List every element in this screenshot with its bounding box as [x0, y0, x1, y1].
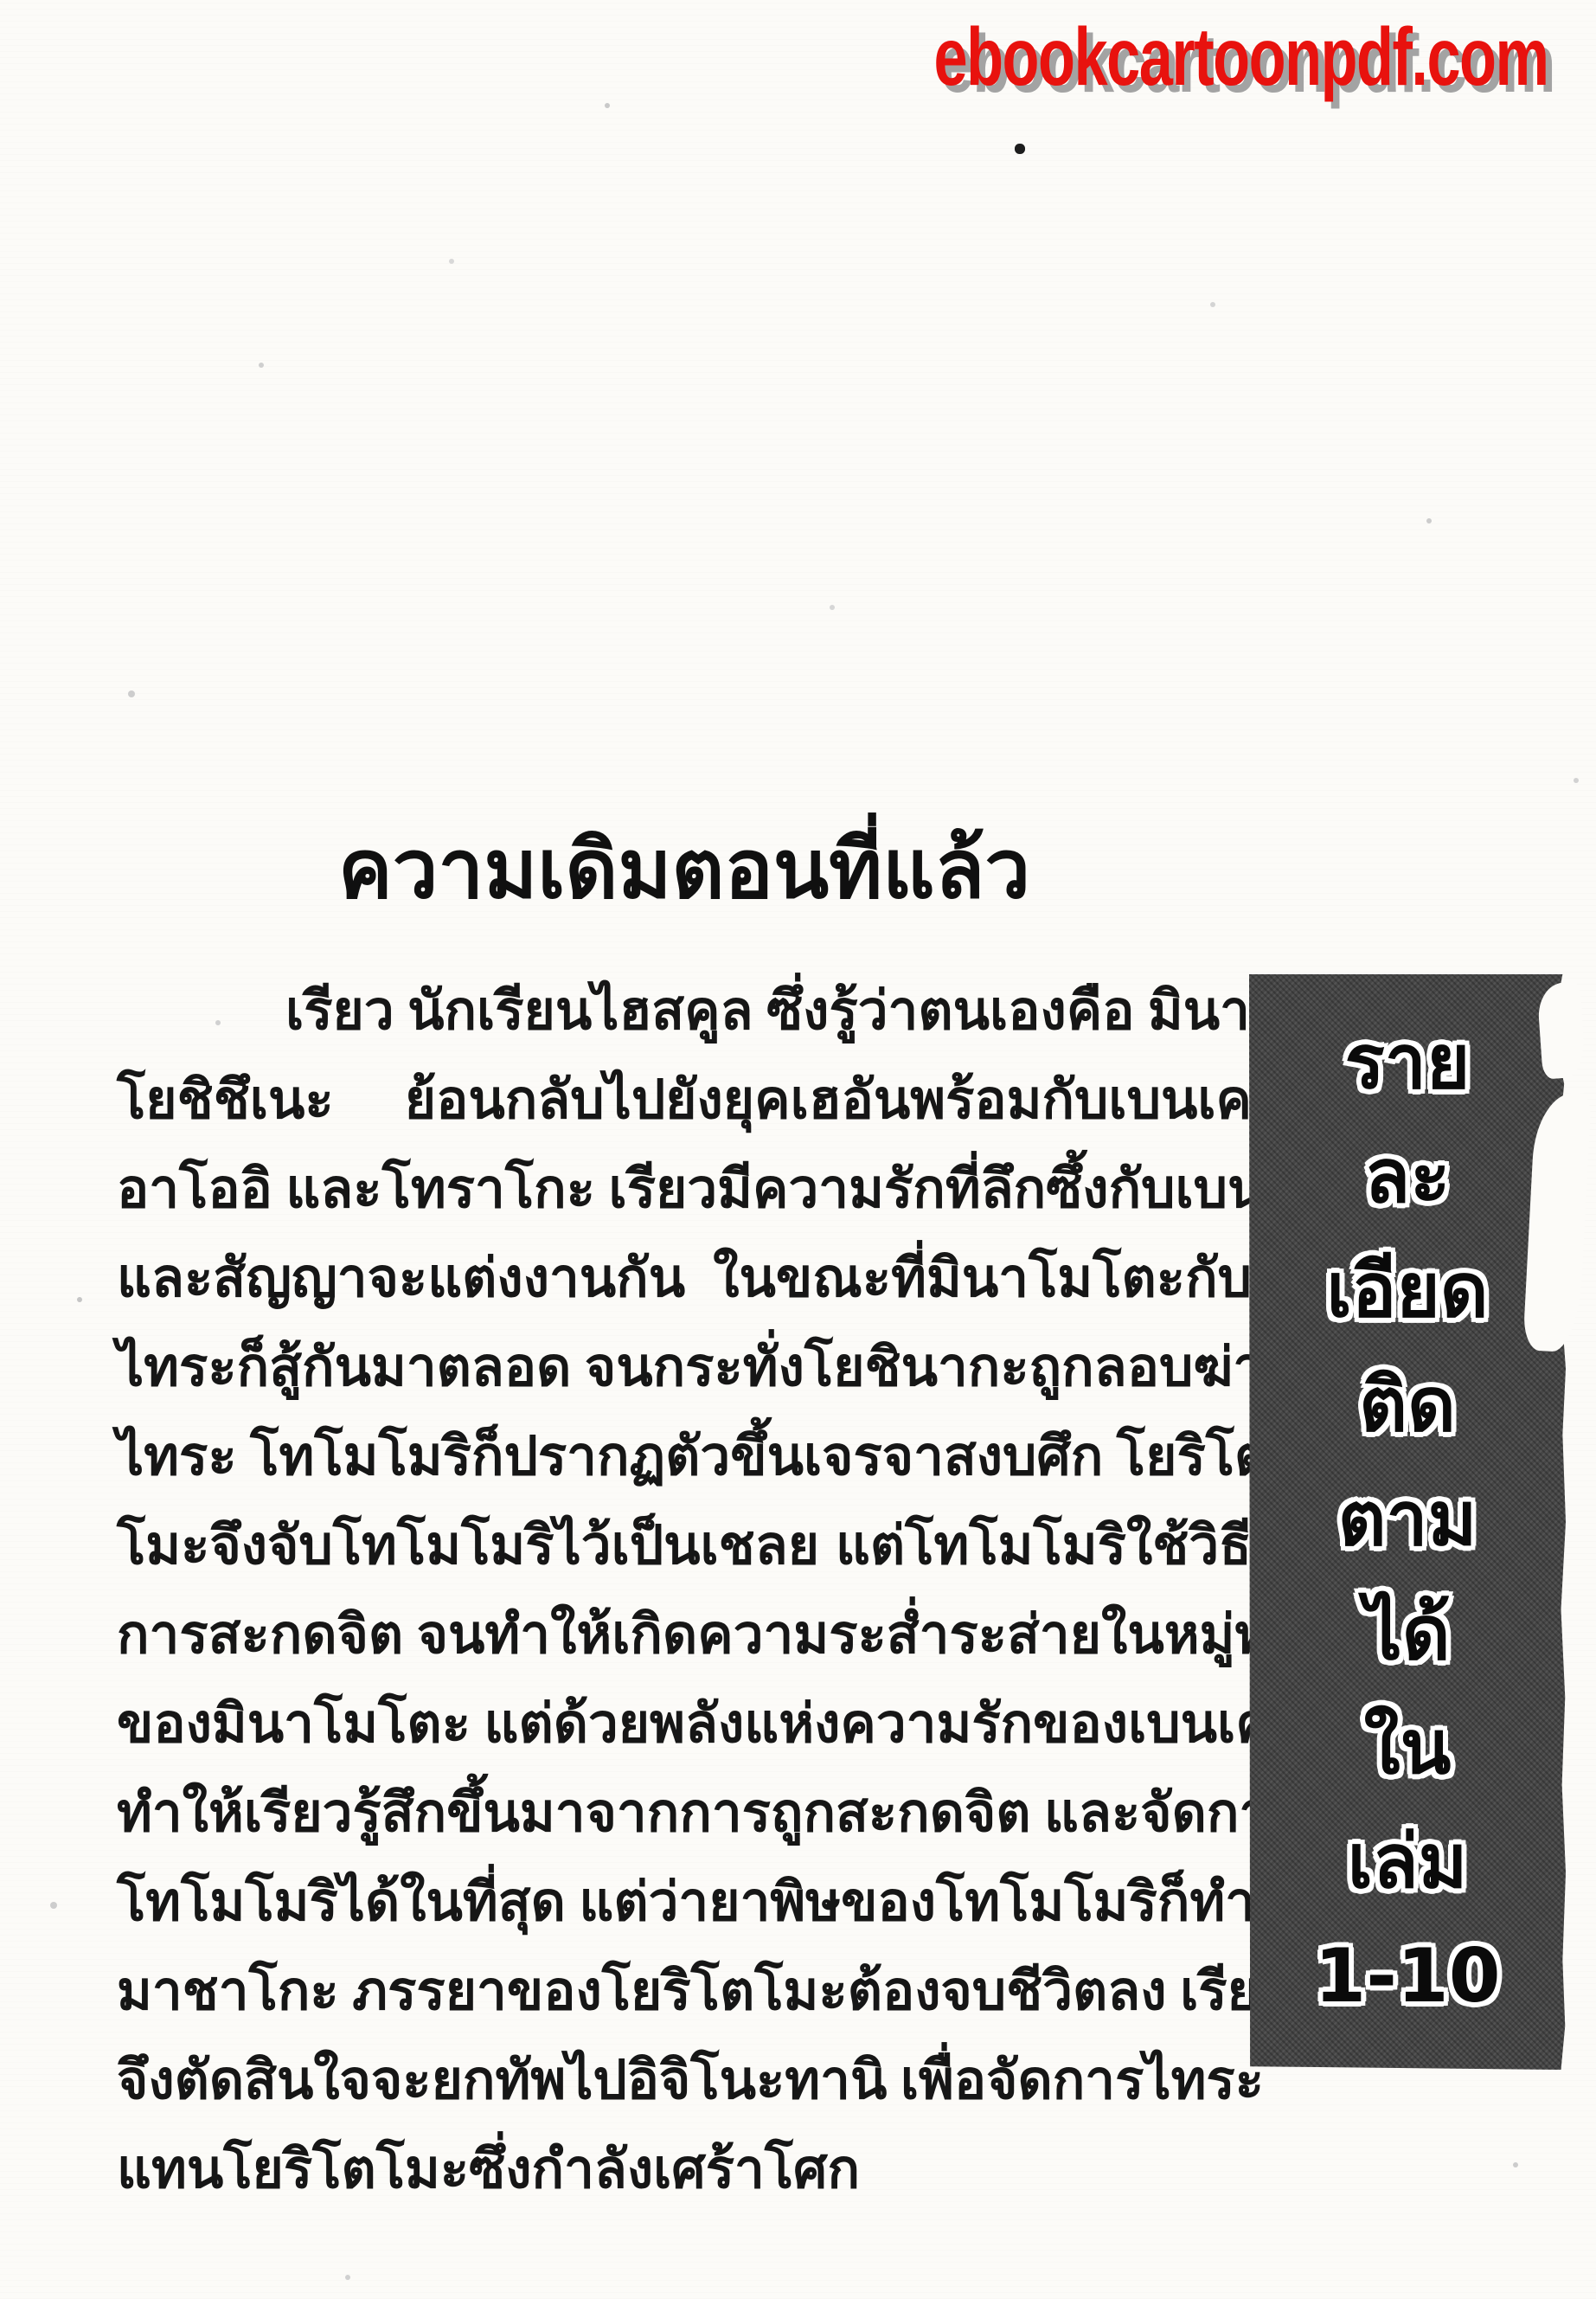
sidebar-word-6: ได้: [1249, 1577, 1566, 1691]
sidebar-word-3: เอียด: [1249, 1234, 1566, 1348]
recap-line-4: และสัญญาจะแต่งงานกัน ในขณะที่มินาโมโตะกั…: [117, 1235, 1252, 1324]
sidebar-word-4: ติด: [1249, 1348, 1566, 1462]
recap-line-6: ไทระ โทโมโมริก็ปรากฏตัวขึ้นเจรจาสงบศึก โ…: [117, 1413, 1252, 1502]
recap-line-13: จึงตัดสินใจจะยกทัพไปอิจิโนะทานิ เพื่อจัด…: [117, 2037, 1252, 2126]
watermark-url-text: ebookcartoonpdf.com: [934, 10, 1548, 105]
scan-speckles: [0, 0, 3, 3]
recap-line-3: อาโออิ และโทราโกะ เรียวมีความรักที่ลึกซึ…: [117, 1146, 1252, 1235]
sidebar-word-8: เล่ม: [1249, 1805, 1566, 1919]
sidebar-volume-range: 1-10: [1249, 1919, 1566, 2033]
recap-title: ความเดิมตอนที่แล้ว: [117, 805, 1252, 934]
recap-line-14: แทนโยริโตโมะซึ่งกำลังเศร้าโศก: [117, 2126, 1252, 2215]
sidebar-word-7: ใน: [1249, 1691, 1566, 1805]
recap-line-12: มาชาโกะ ภรรยาของโยริโตโมะต้องจบชีวิตลง เ…: [117, 1948, 1252, 2037]
volume-info-sidebar: ราย ละ เอียด ติด ตาม ได้ ใน เล่ม 1-10: [1249, 974, 1566, 2070]
scanned-comic-recap-page: ebookcartoonpdf.com ความเดิมตอนที่แล้ว เ…: [0, 0, 1596, 2299]
recap-line-9: ของมินาโมโตะ แต่ด้วยพลังแห่งความรักของเบ…: [117, 1680, 1252, 1769]
recap-line-10: ทำให้เรียวรู้สึกขึ้นมาจากการถูกสะกดจิต แ…: [117, 1769, 1252, 1859]
sidebar-word-5: ตาม: [1249, 1462, 1566, 1577]
recap-line-11: โทโมโมริได้ในที่สุด แต่ว่ายาพิษของโทโมโม…: [117, 1859, 1252, 1948]
recap-line-1: เรียว นักเรียนไฮสคูล ซึ่งรู้ว่าตนเองคือ …: [117, 967, 1252, 1056]
recap-line-8: การสะกดจิต จนทำให้เกิดความระส่ำระส่ายในห…: [117, 1591, 1252, 1680]
recap-line-2: โยชิชึเนะ ย้อนกลับไปยังยุคเฮอันพร้อมกับเ…: [117, 1056, 1252, 1146]
sidebar-word-1: ราย: [1249, 1005, 1566, 1120]
recap-line-7: โมะจึงจับโทโมโมริไว้เป็นเชลย แต่โทโมโมริ…: [117, 1502, 1252, 1591]
recap-line-5: ไทระก็สู้กันมาตลอด จนกระทั่งโยชินากะถูกล…: [117, 1324, 1252, 1413]
sidebar-word-2: ละ: [1249, 1120, 1566, 1234]
torn-paper-edge-small: [1536, 981, 1586, 1079]
recap-paragraph: เรียว นักเรียนไฮสคูล ซึ่งรู้ว่าตนเองคือ …: [117, 967, 1252, 2215]
